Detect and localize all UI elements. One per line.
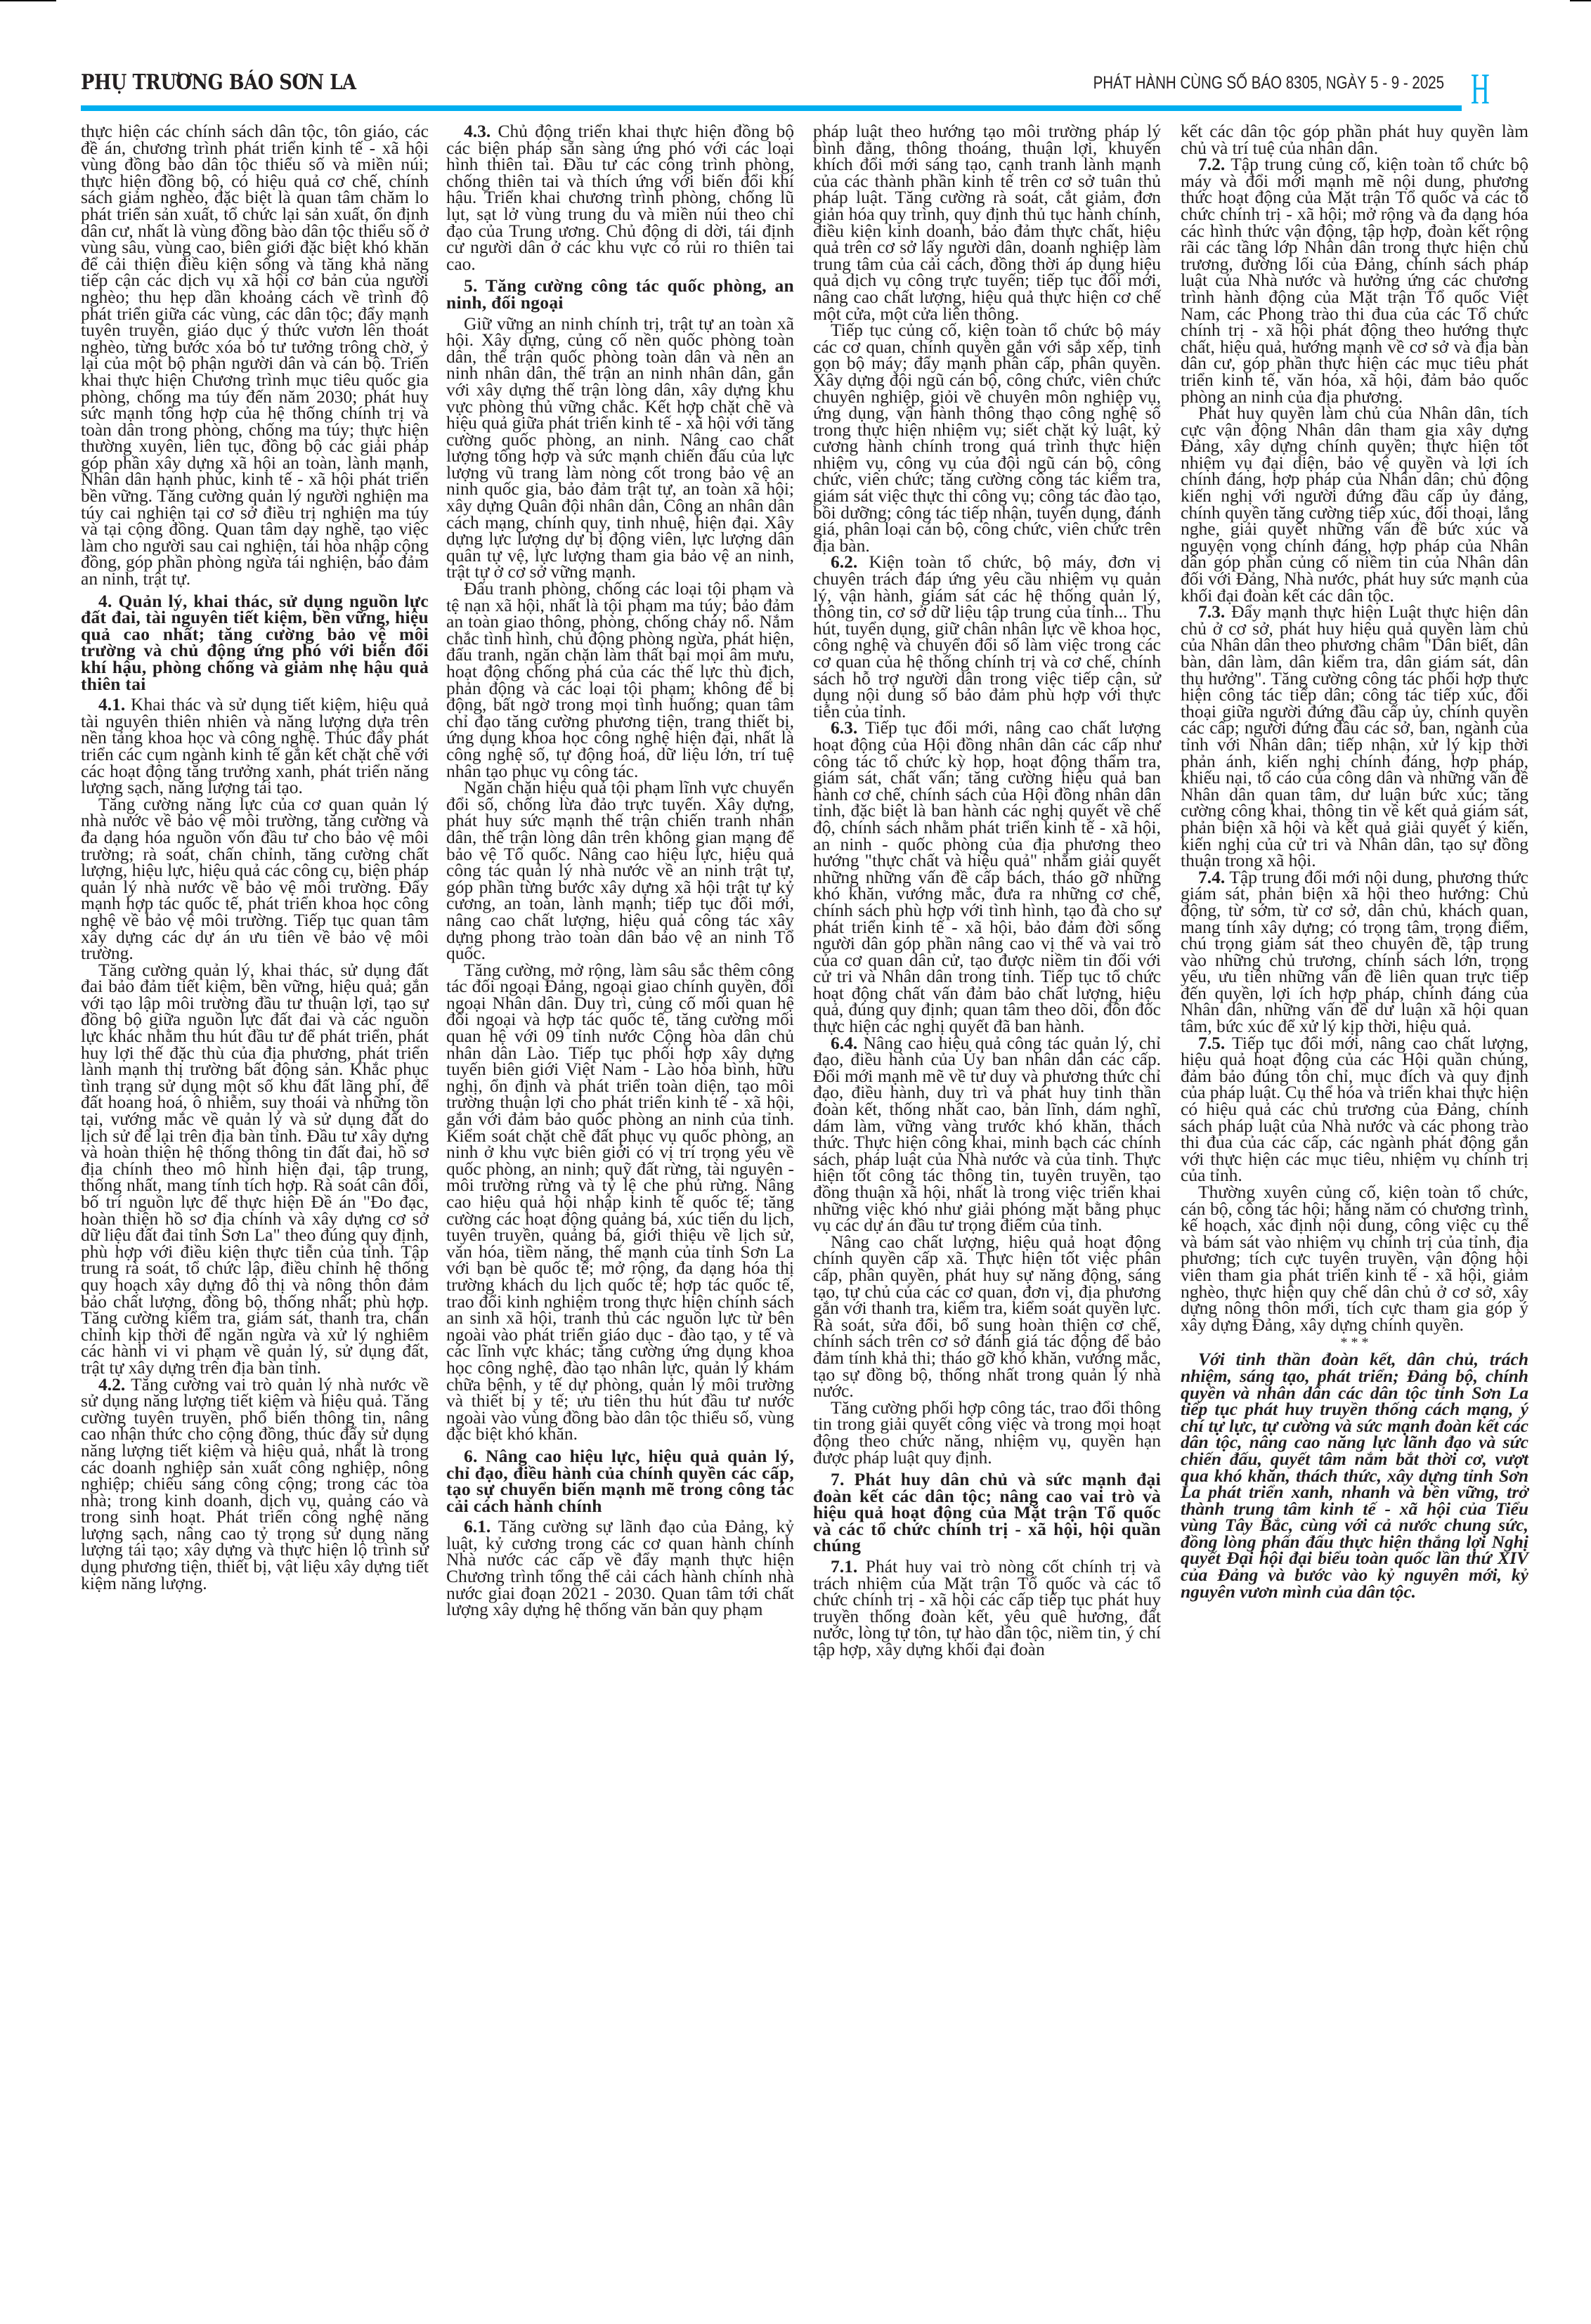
paragraph: 6.1. Tăng cường sự lãnh đạo của Đảng, kỷ… (446, 1518, 794, 1618)
paragraph: 7.3. Đẩy mạnh thực hiện Luật thực hiện d… (1181, 603, 1528, 869)
paragraph: Nâng cao chất lượng, hiệu quả hoạt động … (813, 1234, 1161, 1399)
paragraph: 7.1. Phát huy vai trò nòng cốt chính trị… (813, 1558, 1161, 1658)
crop-mark-right (1570, 0, 1591, 1)
paragraph-text: thực hiện các chính sách dân tộc, tôn gi… (81, 121, 429, 589)
paragraph: 6.4. Nâng cao hiệu quả công tác quản lý,… (813, 1035, 1161, 1234)
paragraph-text: Khai thác và sử dụng tiết kiệm, hiệu quả… (81, 694, 429, 797)
paragraph-text: Phát huy vai trò nòng cốt chính trị và t… (813, 1556, 1161, 1659)
paragraph-text: Nâng cao hiệu quả công tác quản lý, chỉ … (813, 1033, 1161, 1236)
paragraph-text: Với tinh thần đoàn kết, dân chủ, trách n… (1181, 1349, 1528, 1601)
paragraph: 4.3. Chủ động triển khai thực hiện đồng … (446, 123, 794, 272)
paragraph: 7.4. Tập trung đổi mới nội dung, phương … (1181, 869, 1528, 1035)
paragraph-text: kết các dân tộc góp phần phát huy quyền … (1181, 121, 1528, 158)
paragraph-text: Chủ động triển khai thực hiện đồng bộ cá… (446, 121, 794, 274)
closing-paragraph: Với tinh thần đoàn kết, dân chủ, trách n… (1181, 1351, 1528, 1600)
paragraph: 7.2. Tập trung củng cố, kiện toàn tổ chứ… (1181, 156, 1528, 405)
paragraph: pháp luật theo hướng tạo môi trường pháp… (813, 123, 1161, 322)
paragraph: Tăng cường, mở rộng, làm sâu sắc thêm cô… (446, 962, 794, 1442)
paragraph: Đấu tranh phòng, chống các loại tội phạm… (446, 580, 794, 779)
paragraph-text: pháp luật theo hướng tạo môi trường pháp… (813, 121, 1161, 324)
column-4: kết các dân tộc góp phần phát huy quyền … (1181, 123, 1528, 2301)
paragraph-text: Phát huy quyền làm chủ của Nhân dân, tíc… (1181, 403, 1528, 606)
paragraph: 4.2. Tăng cường vai trò quản lý nhà nước… (81, 1376, 429, 1592)
section-heading: 5. Tăng cường công tác quốc phòng, an ni… (446, 278, 794, 311)
paragraph: 6.2. Kiện toàn tổ chức, bộ máy, đơn vị c… (813, 554, 1161, 719)
paragraph: 4.1. Khai thác và sử dụng tiết kiệm, hiệ… (81, 696, 429, 796)
paragraph-text: Tăng cường sự lãnh đạo của Đảng, kỷ luật… (446, 1516, 794, 1619)
paragraph-text: Đấu tranh phòng, chống các loại tội phạm… (446, 578, 794, 781)
section-heading: 7. Phát huy dân chủ và sức mạnh đại đoàn… (813, 1471, 1161, 1554)
column-2: 4.3. Chủ động triển khai thực hiện đồng … (446, 123, 794, 2301)
paragraph: Thường xuyên củng cố, kiện toàn tổ chức,… (1181, 1184, 1528, 1333)
paragraph: kết các dân tộc góp phần phát huy quyền … (1181, 123, 1528, 156)
section-letter: H (1471, 67, 1490, 111)
paragraph: Tăng cường năng lực của cơ quan quản lý … (81, 796, 429, 962)
crop-mark-left (0, 0, 56, 1)
paragraph: thực hiện các chính sách dân tộc, tôn gi… (81, 123, 429, 587)
masthead-title: PHỤ TRƯƠNG BÁO SƠN LA (81, 70, 356, 95)
paragraph-text: Kiện toàn tổ chức, bộ máy, đơn vị chuyên… (813, 551, 1161, 721)
header-rule (81, 105, 1462, 111)
paragraph: 6.3. Tiếp tục đổi mới, nâng cao chất lượ… (813, 719, 1161, 1034)
issue-line: PHÁT HÀNH CÙNG SỐ BÁO 8305, NGÀY 5 - 9 -… (1093, 73, 1444, 93)
paragraph-text: Tiếp tục đổi mới, nâng cao chất lượng ho… (813, 717, 1161, 1036)
paragraph: Ngăn chặn hiệu quả tội phạm lĩnh vực chu… (446, 779, 794, 962)
paragraph: Giữ vững an ninh chính trị, trật tự an t… (446, 315, 794, 581)
paragraph-text: Ngăn chặn hiệu quả tội phạm lĩnh vực chu… (446, 777, 794, 963)
column-3: pháp luật theo hướng tạo môi trường pháp… (813, 123, 1161, 2301)
paragraph-text: Tăng cường vai trò quản lý nhà nước về s… (81, 1374, 429, 1593)
paragraph-text: Tập trung đổi mới nội dung, phương thức … (1181, 867, 1528, 1036)
section-heading: 6. Nâng cao hiệu lực, hiệu quả quản lý, … (446, 1448, 794, 1514)
paragraph-text: Tăng cường quản lý, khai thác, sử dụng đ… (81, 960, 429, 1378)
paragraph-text: Nâng cao chất lượng, hiệu quả hoạt động … (813, 1232, 1161, 1401)
paragraph: Tăng cường quản lý, khai thác, sử dụng đ… (81, 962, 429, 1376)
column-1: thực hiện các chính sách dân tộc, tôn gi… (81, 123, 429, 2301)
paragraph-text: Thường xuyên củng cố, kiện toàn tổ chức,… (1181, 1182, 1528, 1335)
section-divider-stars: * * * (1181, 1337, 1528, 1348)
paragraph: Tăng cường phối hợp công tác, trao đổi t… (813, 1399, 1161, 1465)
article-body: thực hiện các chính sách dân tộc, tôn gi… (81, 123, 1528, 2301)
paragraph-text: Tiếp tục củng cố, kiện toàn tổ chức bộ m… (813, 320, 1161, 556)
paragraph-text: Tập trung củng cố, kiện toàn tổ chức bộ … (1181, 154, 1528, 406)
paragraph: 7.5. Tiếp tục đổi mới, nâng cao chất lượ… (1181, 1035, 1528, 1184)
paragraph-text: Tăng cường phối hợp công tác, trao đổi t… (813, 1397, 1161, 1468)
paragraph: Tiếp tục củng cố, kiện toàn tổ chức bộ m… (813, 322, 1161, 554)
paragraph: Phát huy quyền làm chủ của Nhân dân, tíc… (1181, 405, 1528, 603)
paragraph-text: Giữ vững an ninh chính trị, trật tự an t… (446, 313, 794, 582)
paragraph-text: Đẩy mạnh thực hiện Luật thực hiện dân ch… (1181, 601, 1528, 870)
paragraph-text: Tăng cường, mở rộng, làm sâu sắc thêm cô… (446, 960, 794, 1444)
paragraph-text: Tăng cường năng lực của cơ quan quản lý … (81, 794, 429, 963)
section-heading: 4. Quản lý, khai thác, sử dụng nguồn lực… (81, 593, 429, 693)
paragraph-text: Tiếp tục đổi mới, nâng cao chất lượng, h… (1181, 1033, 1528, 1186)
